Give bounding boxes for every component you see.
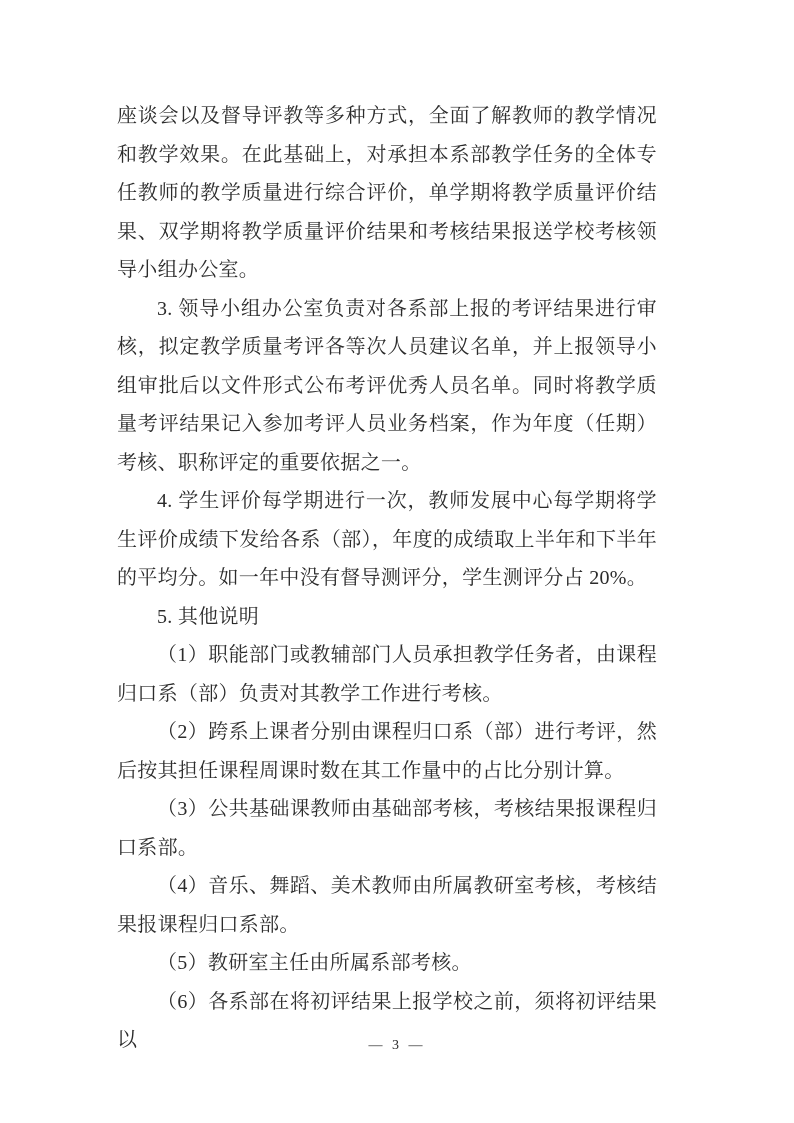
paragraph: （5）教研室主任由所属系部考核。: [117, 944, 657, 983]
paragraph: 4. 学生评价每学期进行一次，教师发展中心每学期将学生评价成绩下发给各系（部），…: [117, 482, 657, 598]
paragraph: 3. 领导小组办公室负责对各系部上报的考评结果进行审核，拟定教学质量考评各等次人…: [117, 290, 657, 483]
paragraph: （4）音乐、舞蹈、美术教师由所属教研室考核，考核结果报课程归口系部。: [117, 867, 657, 944]
paragraph: （3）公共基础课教师由基础部考核，考核结果报课程归口系部。: [117, 790, 657, 867]
paragraph: 座谈会以及督导评教等多种方式，全面了解教师的教学情况和教学效果。在此基础上，对承…: [117, 97, 657, 290]
paragraph: 5. 其他说明: [117, 598, 657, 637]
document-body: 座谈会以及督导评教等多种方式，全面了解教师的教学情况和教学效果。在此基础上，对承…: [117, 97, 657, 1060]
page-number: — 3 —: [369, 1038, 426, 1053]
page-footer: — 3 —: [0, 1036, 794, 1054]
document-page: 座谈会以及督导评教等多种方式，全面了解教师的教学情况和教学效果。在此基础上，对承…: [0, 0, 794, 1123]
paragraph: （1）职能部门或教辅部门人员承担教学任务者，由课程归口系（部）负责对其教学工作进…: [117, 636, 657, 713]
paragraph: （2）跨系上课者分别由课程归口系（部）进行考评，然后按其担任课程周课时数在其工作…: [117, 713, 657, 790]
